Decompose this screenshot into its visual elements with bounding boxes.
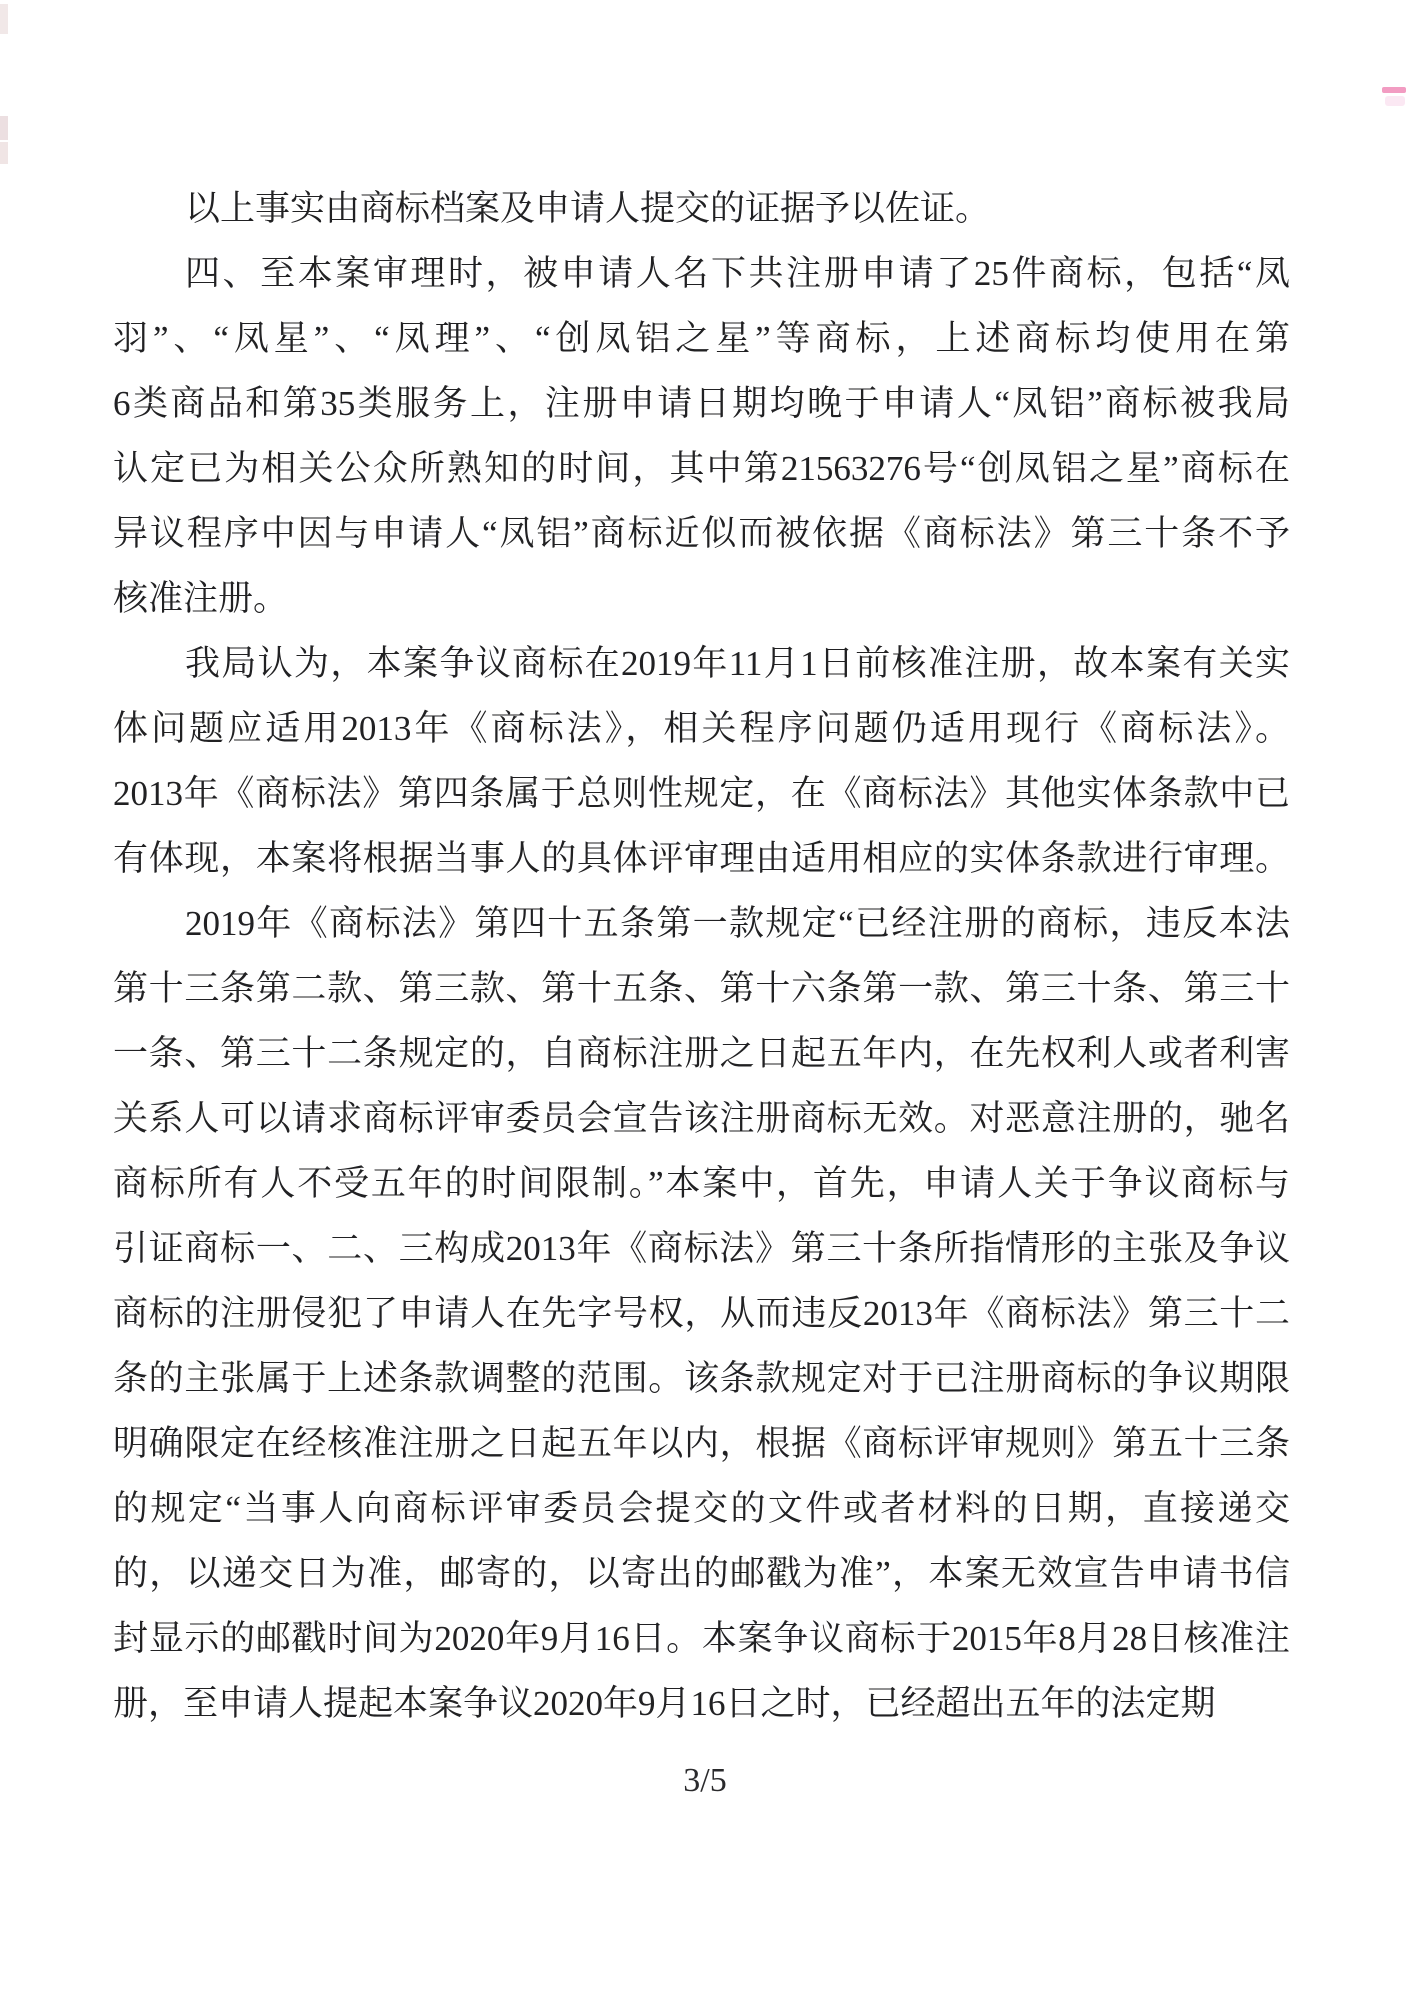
pink-highlight-smudge: [1385, 96, 1405, 106]
text-line: 2019年《商标法》第四十五条第一款规定“已经注册的商标，违反本法: [113, 891, 1290, 956]
pink-highlight-mark: [1382, 87, 1406, 93]
page-number: 3/5: [0, 1762, 1410, 1800]
text-line: 的规定“当事人向商标评审委员会提交的文件或者材料的日期，直接递交: [113, 1476, 1290, 1541]
edge-mark: [0, 142, 8, 164]
text-line: 引证商标一、二、三构成2013年《商标法》第三十条所指情形的主张及争议: [113, 1216, 1290, 1281]
text-line: 2013年《商标法》第四条属于总则性规定，在《商标法》其他实体条款中已: [113, 761, 1290, 826]
text-line: 以上事实由商标档案及申请人提交的证据予以佐证。: [113, 176, 1290, 241]
text-line: 封显示的邮戳时间为2020年9月16日。本案争议商标于2015年8月28日核准注: [113, 1606, 1290, 1671]
text-line: 商标的注册侵犯了申请人在先字号权，从而违反2013年《商标法》第三十二: [113, 1281, 1290, 1346]
text-line: 有体现，本案将根据当事人的具体评审理由适用相应的实体条款进行审理。: [113, 826, 1290, 891]
text-line: 体问题应适用2013年《商标法》，相关程序问题仍适用现行《商标法》。: [113, 696, 1290, 761]
text-line: 异议程序中因与申请人“凤铝”商标近似而被依据《商标法》第三十条不予: [113, 501, 1290, 566]
text-line: 册，至申请人提起本案争议2020年9月16日之时，已经超出五年的法定期: [113, 1671, 1290, 1736]
text-line: 明确限定在经核准注册之日起五年以内，根据《商标评审规则》第五十三条: [113, 1411, 1290, 1476]
text-line: 四、至本案审理时，被申请人名下共注册申请了25件商标，包括“凤: [113, 241, 1290, 306]
edge-mark: [0, 4, 8, 34]
document-body: 以上事实由商标档案及申请人提交的证据予以佐证。四、至本案审理时，被申请人名下共注…: [113, 176, 1290, 1736]
text-line: 认定已为相关公众所熟知的时间，其中第21563276号“创凤铝之星”商标在: [113, 436, 1290, 501]
text-line: 商标所有人不受五年的时间限制。”本案中，首先，申请人关于争议商标与: [113, 1151, 1290, 1216]
text-line: 关系人可以请求商标评审委员会宣告该注册商标无效。对恶意注册的，驰名: [113, 1086, 1290, 1151]
text-line: 核准注册。: [113, 566, 1290, 631]
text-line: 的，以递交日为准，邮寄的，以寄出的邮戳为准”，本案无效宣告申请书信: [113, 1541, 1290, 1606]
text-line: 第十三条第二款、第三款、第十五条、第十六条第一款、第三十条、第三十: [113, 956, 1290, 1021]
text-line: 一条、第三十二条规定的，自商标注册之日起五年内，在先权利人或者利害: [113, 1021, 1290, 1086]
text-line: 羽”、“凤星”、“凤理”、“创凤铝之星”等商标，上述商标均使用在第: [113, 306, 1290, 371]
edge-mark: [0, 116, 8, 140]
text-line: 我局认为，本案争议商标在2019年11月1日前核准注册，故本案有关实: [113, 631, 1290, 696]
scanned-document-page: 以上事实由商标档案及申请人提交的证据予以佐证。四、至本案审理时，被申请人名下共注…: [0, 0, 1410, 1994]
text-line: 6类商品和第35类服务上，注册申请日期均晚于申请人“凤铝”商标被我局: [113, 371, 1290, 436]
text-line: 条的主张属于上述条款调整的范围。该条款规定对于已注册商标的争议期限: [113, 1346, 1290, 1411]
